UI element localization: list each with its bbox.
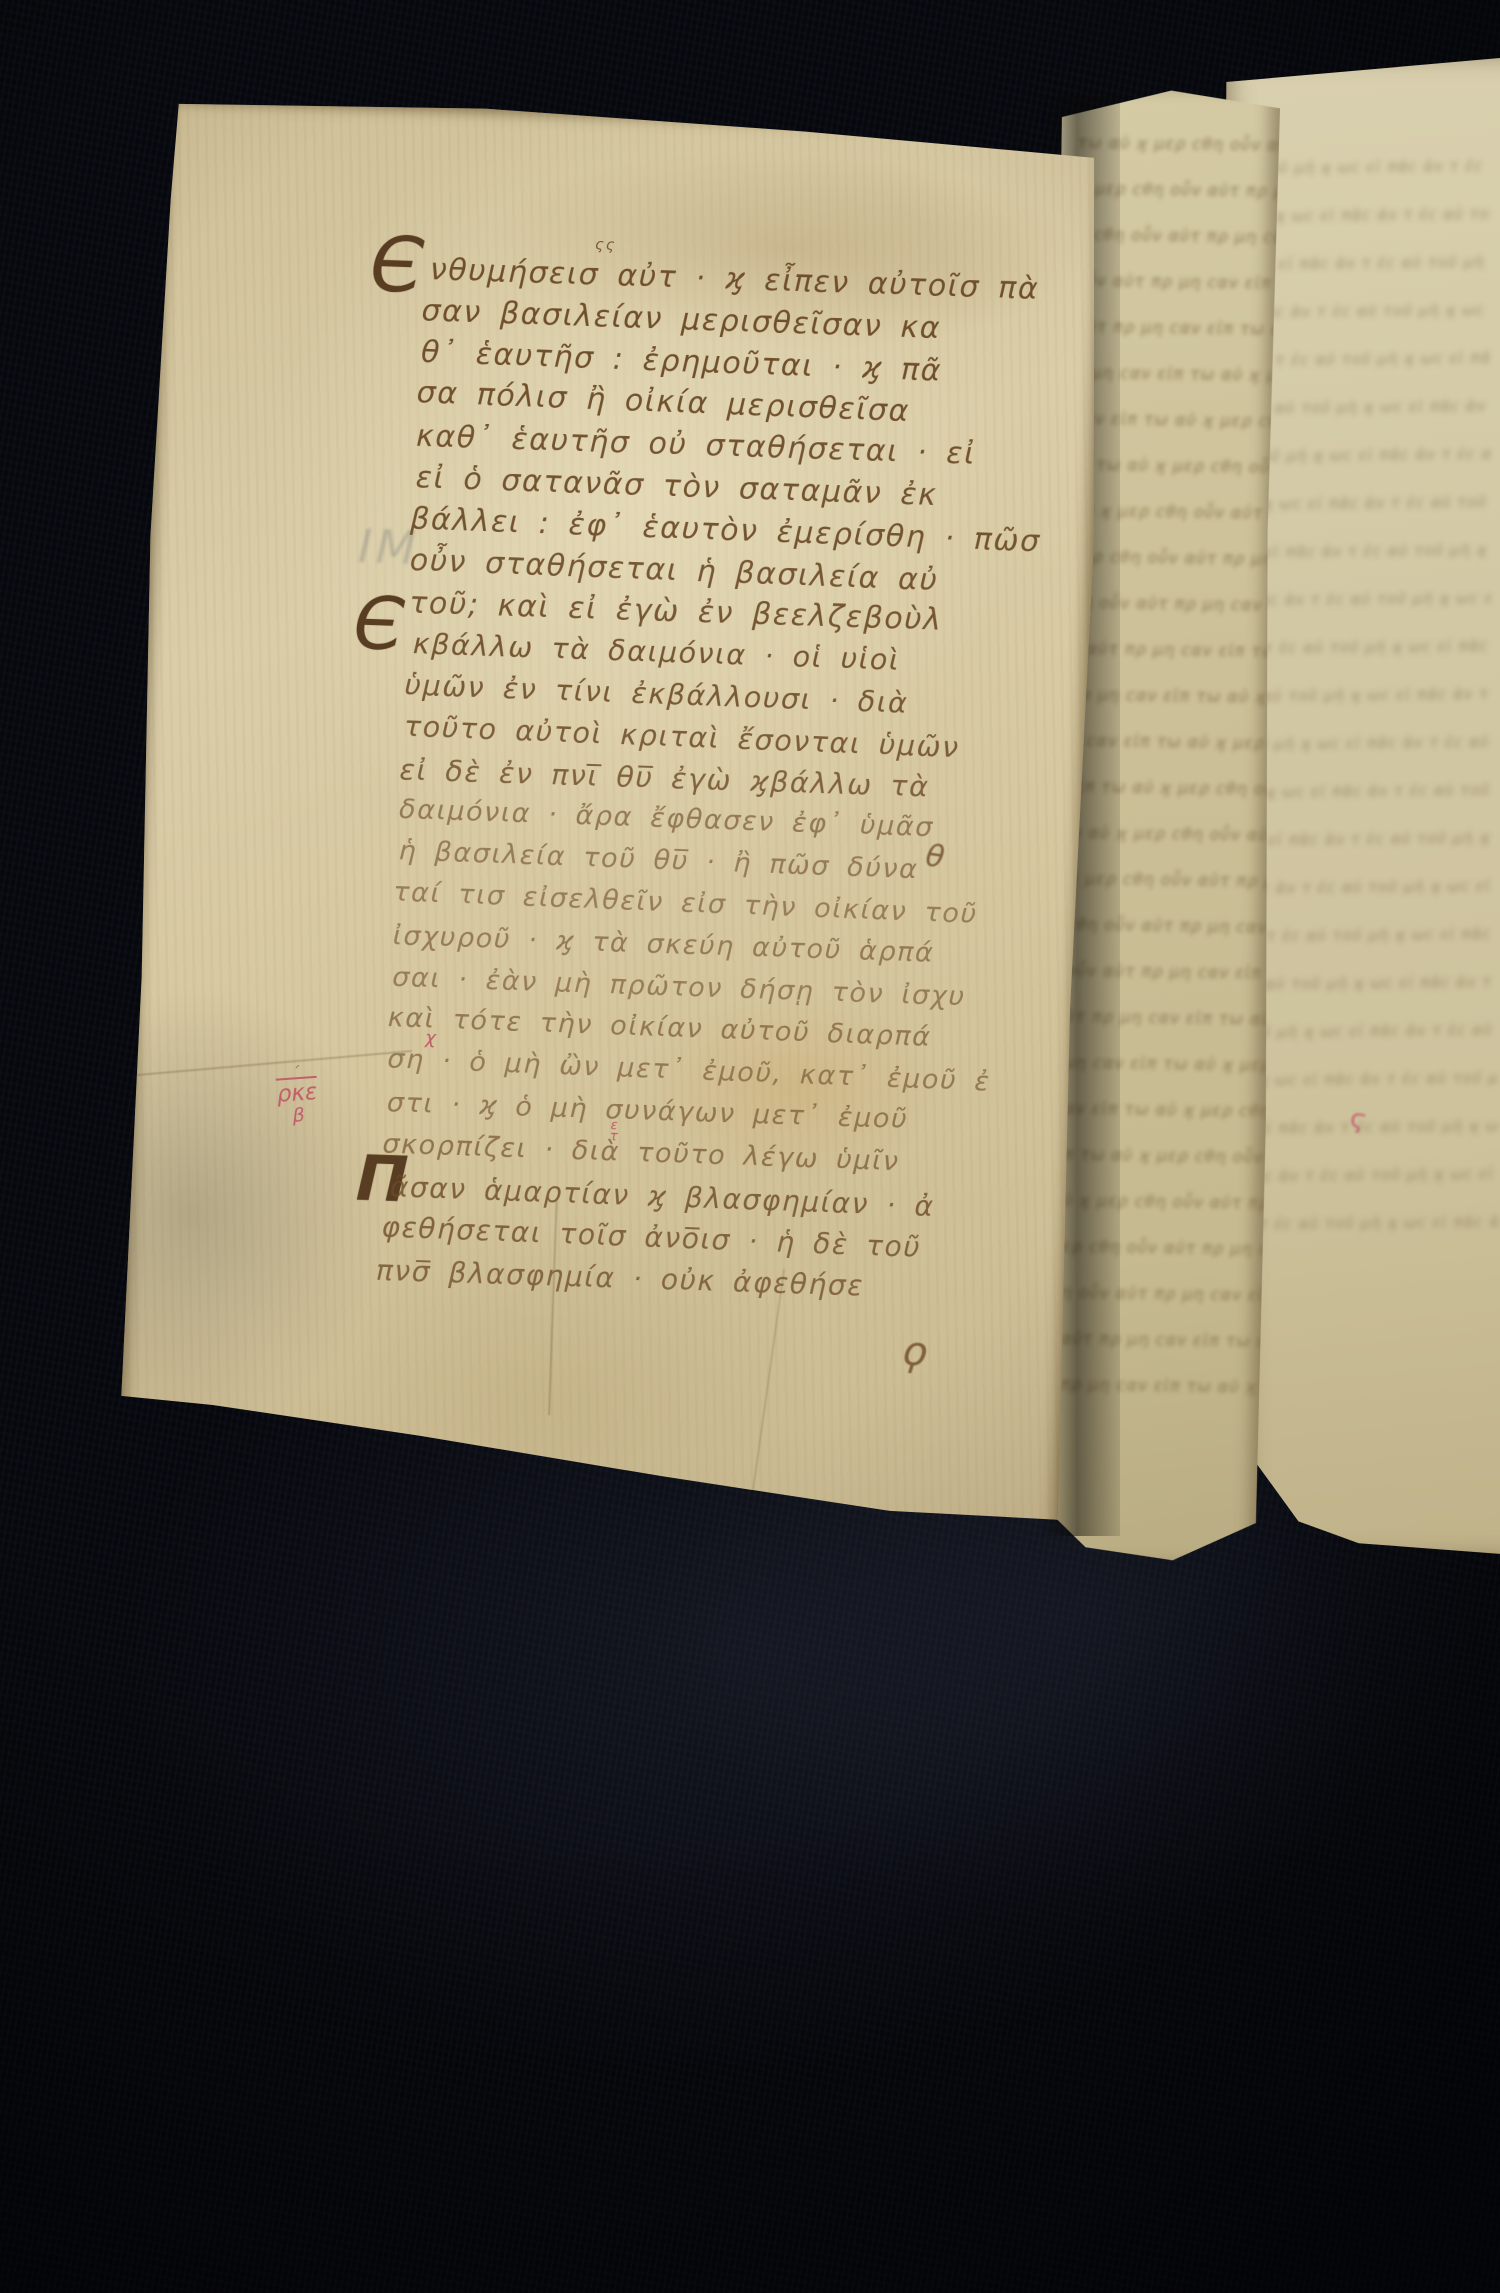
manuscript-text-line: ταί τισ εἰσελθεῖν εἰσ τὴν οἰκίαν τοῦ (393, 876, 979, 930)
blurred-edge-text-line: ἰ πᾶϲ ἀν τ ἐϲ αὐ τοῦ μὴ ϗ ωϲ ε (1237, 589, 1494, 610)
manuscript-text-line: στι · ϗ ὁ μὴ συνάγων μετ᾽ ἐμοῦ (386, 1087, 908, 1135)
blurred-edge-text-line: πᾶϲ ἀν τ ἐϲ αὐ τοῦ μὴ ϗ ωϲ εἰ (1243, 1165, 1494, 1186)
initial-epsilon-2: Є (352, 581, 405, 667)
blurred-edge-text-line: ϲ εἰ πᾶϲ ἀν τ ἐϲ αὐ τοῦ μὴ ϗ ω (1242, 1117, 1499, 1138)
red-insertion-mark-2: ε τ (610, 1120, 619, 1142)
manuscript-text-line: κβάλλω τὰ δαιμόνια · οἱ υἱοὶ (412, 627, 900, 677)
initial-epsilon-1: Є (369, 219, 425, 310)
blurred-edge-text-line: μὴ ϗ ωϲ εἰ πᾶϲ ἀν τ ἐϲ αὐ τοῦ (1236, 493, 1487, 514)
chapter-number-note: ´ ρκε β (275, 1068, 319, 1127)
manuscript-text-line: δαιμόνια · ἄρα ἔφθασεν ἐφ᾽ ὑμᾶσ (398, 794, 934, 843)
red-mark-bottom: τ (610, 1131, 618, 1142)
blurred-edge-text-line: ἀν τ ἐϲ αὐ τοῦ μὴ ϗ ωϲ εἰ πᾶϲ (1240, 925, 1491, 946)
manuscript-text-line: ἰσχυροῦ · ϗ τὰ σκεύη αὐτοῦ ἁρπά (393, 920, 936, 968)
blurred-edge-text-line: ωϲ εἰ πᾶϲ ἀν τ ἐϲ αὐ τοῦ μὴ ϗ (1239, 829, 1490, 850)
parchment-crease (131, 1050, 412, 1077)
manuscript-page: ΙΜ Є Є Π ςς νθυμήσεισ αὐτ · ϗ εἶπεν αὐτο… (113, 96, 1109, 1596)
blurred-edge-text-line: ωϲ εἰ πᾶϲ ἀν τ ἐϲ αὐ τοῦ μὴ ϗ (1236, 541, 1487, 562)
parchment-crease (752, 1269, 785, 1492)
blurred-edge-text-line: ἀν τ ἐϲ αὐ τοῦ μὴ ϗ ωϲ εἰ πᾶϲ (1237, 637, 1488, 658)
red-insertion-mark-1: χ (425, 1028, 436, 1049)
chapter-number-subscript: β (292, 1105, 306, 1126)
blurred-edge-text-line: ἐϲ αὐ τοῦ μὴ ϗ ωϲ εἰ πᾶϲ ἀν τ (1238, 685, 1489, 706)
chapter-number: ρκε (276, 1076, 318, 1107)
photo-stage: αὐ τοῦ μὴ ϗ ωϲ εἰ πᾶϲ ἀν τ ἐϲ ῦ μὴ ϗ ωϲ … (0, 0, 1500, 2293)
blurred-edge-text-line: ὴ ϗ ωϲ εἰ πᾶϲ ἀν τ ἐϲ αὐ τοῦ μ (1242, 1069, 1499, 1090)
manuscript-text-line: ἡ βασιλεία τοῦ θυ̅ · ἢ πῶσ δύνα (398, 835, 919, 885)
manuscript-text-line: εἰ δὲ ἐν πνι̅ θυ̅ ἐγὼ ϗβάλλω τὰ (399, 753, 930, 803)
blurred-edge-text-line: ἐϲ αὐ τοῦ μὴ ϗ ωϲ εἰ πᾶϲ ἀν τ (1241, 973, 1492, 994)
blurred-edge-text-line: πᾶϲ ἀν τ ἐϲ αὐ τοῦ μὴ ϗ ωϲ εἰ (1240, 877, 1491, 898)
manuscript-text-line: σκορπίζει · διὰ τοῦτο λέγω ὑμῖν (381, 1128, 899, 1177)
manuscript-text-line: πνσ̅ βλασφημία · οὐκ ἀφεθήσε (376, 1254, 865, 1303)
blurred-edge-text-line: τοῦ μὴ ϗ ωϲ εἰ πᾶϲ ἀν τ ἐϲ αὐ (1241, 1021, 1492, 1042)
margin-glyph-koppa: ϙ (900, 1328, 929, 1376)
blurred-edge-text-line: ν τ ἐϲ αὐ τοῦ μὴ ϗ ωϲ εἰ πᾶϲ ἀ (1243, 1213, 1500, 1234)
margin-glyph-theta: θ (923, 838, 946, 875)
blurred-edge-text-line: τοῦ μὴ ϗ ωϲ εἰ πᾶϲ ἀν τ ἐϲ αὐ (1238, 733, 1489, 754)
blurred-edge-text-line: μὴ ϗ ωϲ εἰ πᾶϲ ἀν τ ἐϲ αὐ τοῦ (1239, 781, 1490, 802)
superscript-correction: ςς (595, 235, 617, 254)
blurred-edge-text-line: ὐ τοῦ μὴ ϗ ωϲ εἰ πᾶϲ ἀν τ ἐϲ α (1235, 445, 1492, 466)
blurred-edge-text-line: τ ἐϲ αὐ τοῦ μὴ ϗ ωϲ εἰ πᾶϲ ἀν (1235, 397, 1486, 418)
